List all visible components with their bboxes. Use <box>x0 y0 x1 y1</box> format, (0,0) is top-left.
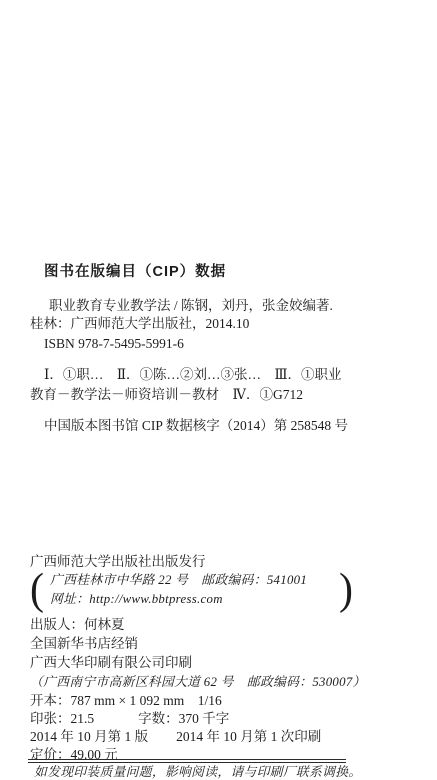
word-count-value: 字数：370 千字 <box>138 711 229 726</box>
left-parenthesis-glyph: ( <box>30 569 44 611</box>
cip-record-number: 中国版本图书馆 CIP 数据核字（2014）第 258548 号 <box>44 417 348 435</box>
cip-heading: 图书在版编目（CIP）数据 <box>44 263 226 281</box>
publisher-line: 广西师范大学出版社出版发行 <box>30 553 206 571</box>
publisher-person-line: 出版人：何林夏 <box>30 616 125 634</box>
distribution-line: 全国新华书店经销 <box>30 635 138 653</box>
publisher-address: 广西桂林市中华路 22 号 邮政编码：541001 <box>50 571 307 590</box>
copyright-page: 图书在版编目（CIP）数据 职业教育专业教学法 / 陈钢，刘丹，张金姣编著. 桂… <box>0 0 437 780</box>
sheets-words-line: 印张：21.5字数：370 千字 <box>30 710 229 728</box>
right-parenthesis-glyph: ) <box>339 569 353 611</box>
edition-value: 2014 年 10 月第 1 版 <box>30 729 148 744</box>
isbn-line: ISBN 978-7-5495-5991-6 <box>44 335 184 353</box>
edition-printing-line: 2014 年 10 月第 1 版2014 年 10 月第 1 次印刷 <box>30 728 321 746</box>
cip-place-line: 桂林：广西师范大学出版社，2014.10 <box>30 315 249 333</box>
publisher-address-block: ( 广西桂林市中华路 22 号 邮政编码：541001 网址：http://ww… <box>30 570 353 610</box>
printing-value: 2014 年 10 月第 1 次印刷 <box>176 729 321 744</box>
printer-address-line: （广西南宁市高新区科园大道 62 号 邮政编码：530007） <box>30 673 366 691</box>
printer-line: 广西大华印刷有限公司印刷 <box>30 654 192 672</box>
cip-classification-line1: Ⅰ．①职… Ⅱ．①陈…②刘…③张… Ⅲ．①职业 <box>44 366 342 384</box>
cip-classification-line2: 教育－教学法－师资培训－教材 Ⅳ．①G712 <box>30 386 303 404</box>
cip-title-line: 职业教育专业教学法 / 陈钢，刘丹，张金姣编著. <box>49 297 333 315</box>
quality-notice-line: 如发现印装质量问题，影响阅读，请与印刷厂联系调换。 <box>34 763 361 780</box>
sheets-value: 印张：21.5 <box>30 711 94 726</box>
publisher-website: 网址：http://www.bbtpress.com <box>50 590 307 609</box>
format-line: 开本：787 mm × 1 092 mm 1/16 <box>30 692 222 710</box>
